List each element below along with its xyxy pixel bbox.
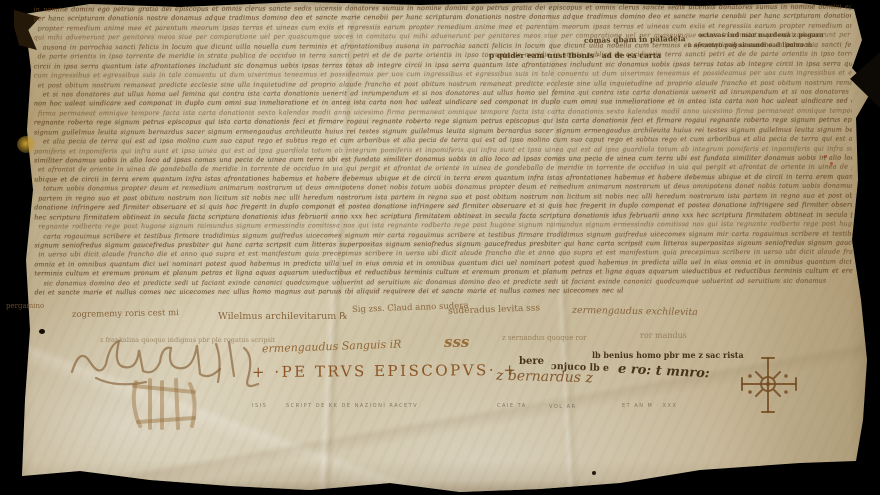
header-annotation-1: comas qbam in paladela (584, 34, 686, 45)
notarial-cross-icon (736, 354, 802, 418)
signature-margin-word: pergamino (6, 302, 44, 310)
bishop-signature: + ·PE TRVS EPISCOPVS· + (252, 361, 519, 381)
signature-bere: bere (519, 356, 544, 367)
archival-note-5: ET AN M · XXX (622, 403, 677, 409)
header-annotation-4: a secamyo pag simundi ead limina m (688, 42, 812, 49)
manuscript-text-line: sic donamus domino deo et predicte sedi … (34, 276, 828, 288)
archival-note-3: CAIE TA (497, 403, 527, 409)
archival-note-1: ISIS (252, 403, 267, 409)
archival-note-2: SCRIPT DE KK DE NAZIONI RACETV (286, 403, 418, 409)
signature-bernardus: z bernardus z (496, 368, 593, 387)
signature-witness-1: zogrememy roris cest mi (72, 308, 179, 320)
archival-note-4: VOL AR (549, 404, 577, 410)
screenshot-root: in nomine domini ego petrus gratia dei e… (0, 0, 880, 495)
signature-ermengaudus-levita: zermengaudus exchilevita (572, 305, 698, 318)
parchment-hole (592, 471, 596, 475)
header-annotation-3: octavas ind mar mardeua z pegara (698, 31, 824, 39)
header-annotation-2: p quider eam uust ibonis · ad de ea cart… (489, 51, 661, 60)
signature-bonus-homo: lb benius homo pbr me z sac rista (592, 350, 744, 360)
signature-wilelmus: Wilelmus archilevitarum ℞ (218, 311, 348, 322)
signature-witness-3: ror mandus (640, 331, 687, 340)
signature-witness-2: z sernandus quoque ror (502, 334, 586, 342)
signature-flourish-sss: sss (444, 333, 469, 351)
monogram-icon (128, 376, 218, 432)
parchment-hole (39, 329, 45, 334)
